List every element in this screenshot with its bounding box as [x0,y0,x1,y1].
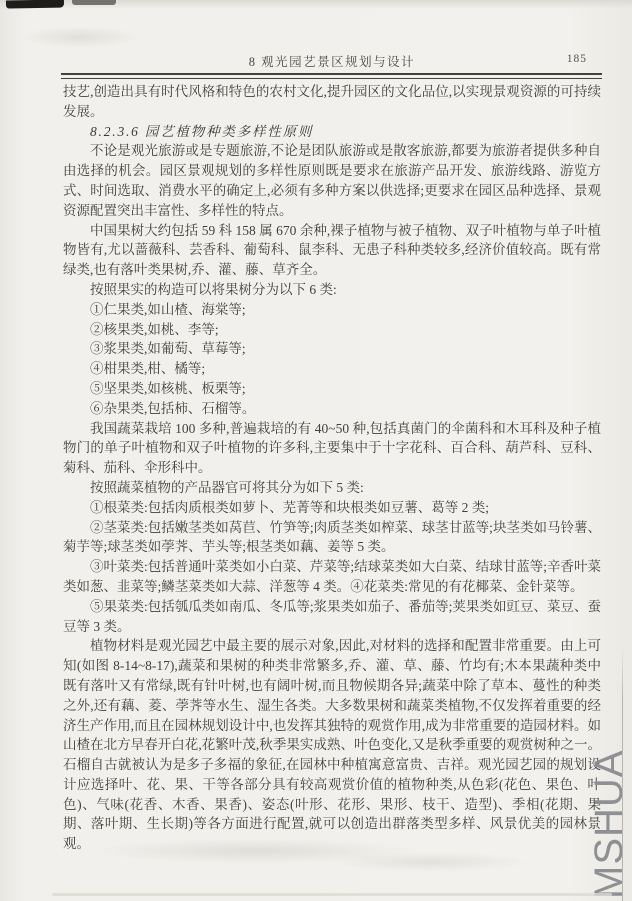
paragraph: 按照蔬菜植物的产品器官可将其分为如下 5 类: [63,478,601,498]
paragraph: 中国果树大约包括 59 科 158 属 670 余种,裸子植物与被子植物、双子叶… [63,221,601,280]
list-item: ①根菜类:包括肉质根类如萝卜、芜菁等和块根类如豆薯、葛等 2 类; [63,498,601,518]
list-item: ①仁果类,如山楂、海棠等; [63,300,601,320]
list-item: ②核果类,如桃、李等; [63,320,601,340]
list-item: ③叶菜类:包括普通叶菜类如小白菜、芹菜等;结球菜类如大白菜、结球甘蓝等;辛香叶菜… [63,557,601,597]
scan-edge-line [622,648,623,901]
section-heading: 8.2.3.6 园艺植物种类多样性原则 [63,122,601,142]
body-text: 技艺,创造出具有时代风格和特色的农村文化,提升园区的文化品位,以实现景观资源的可… [63,82,601,854]
list-item: ③浆果类,如葡萄、草莓等; [63,339,601,359]
scan-smudge-light [72,0,116,5]
paragraph-continuation: 技艺,创造出具有时代风格和特色的农村文化,提升园区的文化品位,以实现景观资源的可… [63,82,601,122]
book-page: 8 观光园艺景区规划与设计 185 技艺,创造出具有时代风格和特色的农村文化,提… [0,0,632,901]
paragraph: 按照果实的构造可以将果树分为以下 6 类: [63,280,601,300]
header-rule [61,73,602,79]
scan-bleedthrough-blot [20,26,140,48]
scan-bleedthrough-blot [330,852,530,872]
paragraph: 我国蔬菜栽培 100 多种,普遍栽培的有 40~50 种,包括真菌门的伞菌科和木… [63,419,601,478]
scan-bottom-shade [52,893,612,896]
page-header: 8 观光园艺景区规划与设计 185 [63,52,601,70]
list-item: ②茎菜类:包括嫩茎类如莴苣、竹笋等;肉质茎类如榨菜、球茎甘蓝等;块茎类如马铃薯、… [63,518,601,558]
page-number: 185 [567,53,587,65]
scan-smudge-dark [6,0,64,9]
list-item: ④柑果类,柑、橘等; [63,359,601,379]
watermark: MSHUA [586,769,632,899]
list-item: ⑥杂果类,包括柿、石榴等。 [63,399,601,419]
running-head: 8 观光园艺景区规划与设计 [63,52,601,70]
list-item: ⑤坚果类,如核桃、板栗等; [63,379,601,399]
paragraph: 植物材料是观光园艺中最主要的展示对象,因此,对材料的选择和配置非常重要。由上可知… [63,636,601,854]
paragraph: 不论是观光旅游或是专题旅游,不论是团队旅游或是散客旅游,都要为旅游者提供多种自由… [63,141,601,220]
list-item: ⑤果菜类:包括瓠瓜类如南瓜、冬瓜等;浆果类如茄子、番茄等;荚果类如豇豆、菜豆、蚕… [63,597,601,637]
